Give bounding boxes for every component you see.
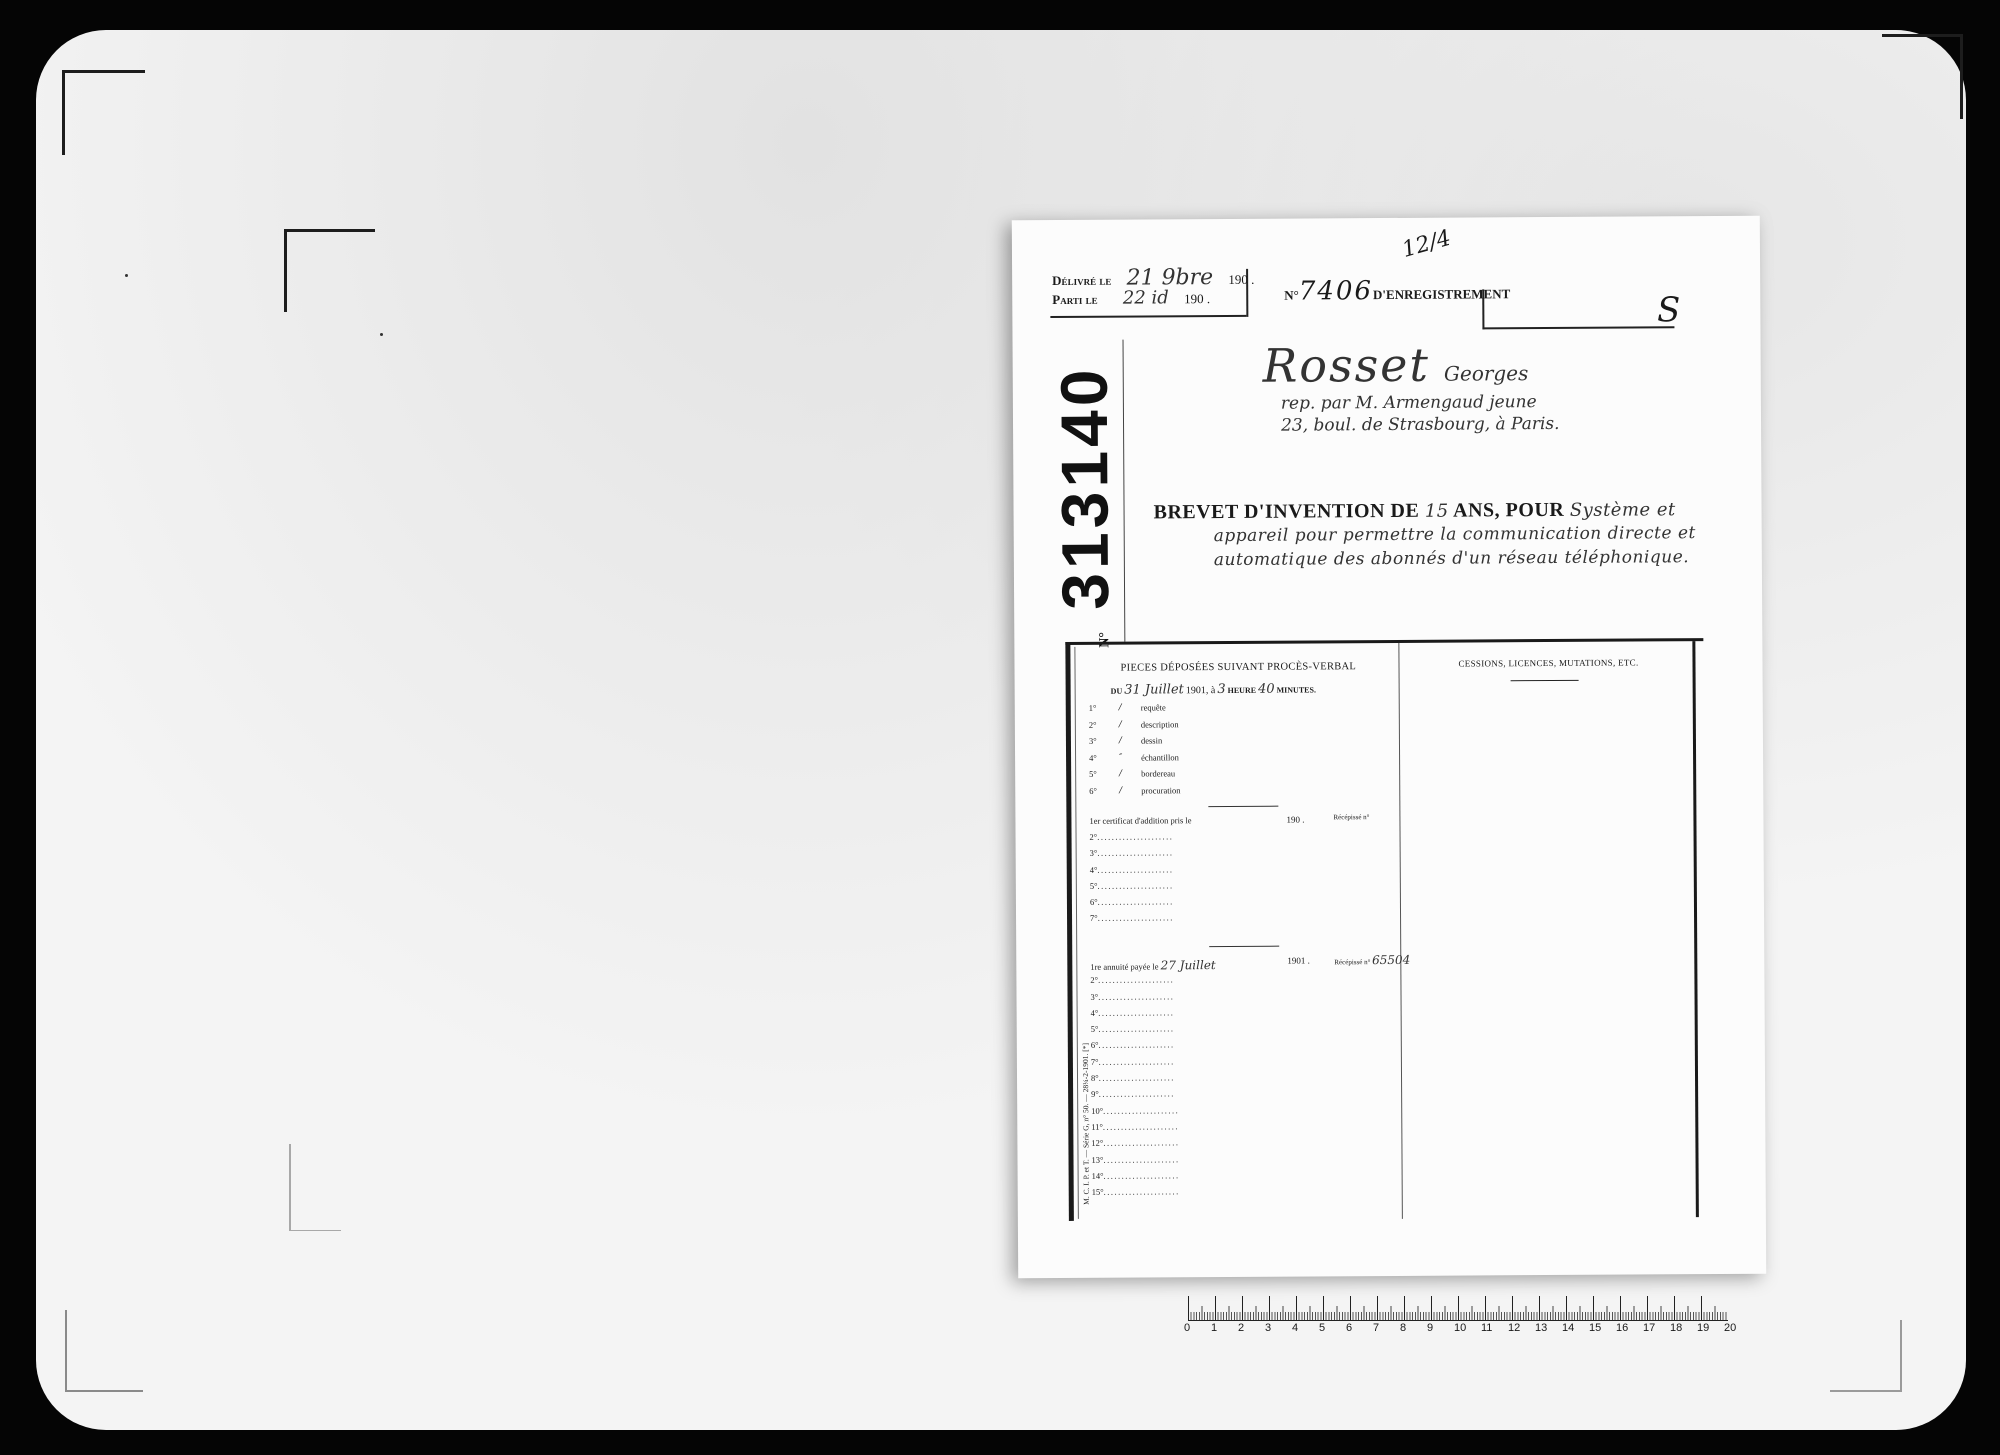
- row-num: 10°: [1091, 1105, 1103, 1115]
- row-dots: .....................: [1099, 1089, 1175, 1099]
- registration-prefix: N°: [1284, 288, 1299, 303]
- list-item: 2°.....................: [1090, 831, 1192, 848]
- list-item: 1°/requête: [1089, 702, 1180, 719]
- ruler-label: 13: [1535, 1322, 1547, 1334]
- parti-label: Parti le: [1052, 292, 1097, 307]
- heure-label: HEURE: [1228, 686, 1257, 695]
- row-num: 3°: [1090, 991, 1098, 1001]
- pieces-date-line: DU 31 Juillet 1901, à 3 HEURE 40 MINUTES…: [1111, 681, 1316, 697]
- row-num: 6°: [1090, 897, 1098, 907]
- row-dots: .....................: [1103, 1121, 1179, 1131]
- row-num: 4°: [1091, 1008, 1099, 1018]
- ruler-label: 20: [1724, 1322, 1736, 1334]
- du-label: DU: [1111, 687, 1123, 696]
- measurement-ruler: 01234567891011121314151617181920: [1188, 1296, 1730, 1334]
- deposit-date: 31 Juillet: [1124, 682, 1184, 697]
- row-dots: .....................: [1098, 1040, 1174, 1050]
- list-item: 4°.....................: [1090, 864, 1192, 881]
- list-item: 7°.....................: [1091, 1056, 1216, 1073]
- list-item: 3°/dessin: [1089, 735, 1180, 752]
- row-dots: .....................: [1103, 1154, 1179, 1164]
- row-dots: .....................: [1098, 896, 1174, 906]
- item-mark: /: [1119, 703, 1141, 720]
- row-num: 8°: [1091, 1073, 1099, 1083]
- list-item: 3°.....................: [1090, 991, 1215, 1008]
- crop-mark-top-right: [1882, 34, 1963, 119]
- brevet-duration: 15: [1425, 501, 1449, 522]
- list-item: 15°.....................: [1092, 1186, 1217, 1203]
- registration-number: N°7406D'ENREGISTREMENT: [1284, 275, 1510, 306]
- ruler-label: 15: [1589, 1322, 1601, 1334]
- annuity-receipt-label: Récépissé n°: [1334, 958, 1370, 966]
- cessions-rule: [1511, 680, 1579, 681]
- row-num: 2°: [1090, 832, 1098, 842]
- item-num: 6°: [1089, 785, 1119, 802]
- fraction-note: 12/4: [1400, 226, 1454, 263]
- row-num: 13°: [1091, 1154, 1103, 1164]
- ruler-label: 2: [1238, 1322, 1244, 1334]
- section-rule: [1209, 946, 1279, 947]
- item-mark: ″: [1119, 752, 1141, 769]
- list-item: 2°.....................: [1090, 974, 1215, 991]
- list-item: 4°.....................: [1091, 1007, 1216, 1024]
- item-label: procuration: [1141, 785, 1180, 802]
- patent-document-sheet: Délivré le 21 9bre 190 . Parti le 22 id …: [1012, 216, 1766, 1279]
- crop-mark-top-left: [62, 70, 145, 155]
- list-item: 9°.....................: [1091, 1088, 1216, 1105]
- minutes-label: MINUTES.: [1277, 685, 1316, 694]
- owner-block: RossetGeorges rep. par M. Armengaud jeun…: [1263, 337, 1560, 437]
- classification-box: S: [1482, 288, 1674, 329]
- row-dots: .....................: [1103, 1138, 1179, 1148]
- item-num: 2°: [1089, 719, 1119, 736]
- ruler-label: 0: [1184, 1322, 1190, 1334]
- list-item: 4°″échantillon: [1089, 752, 1180, 769]
- row-num: 15°: [1092, 1187, 1104, 1197]
- list-item: 3°.....................: [1090, 848, 1192, 865]
- list-item: 13°.....................: [1091, 1154, 1216, 1171]
- crop-mark-inner-bottom-left: [289, 1144, 341, 1231]
- pieces-list: 1°/requête 2°/description 3°/dessin 4°″é…: [1089, 702, 1181, 802]
- item-num: 5°: [1089, 769, 1119, 786]
- list-item: 8°.....................: [1091, 1072, 1216, 1089]
- ruler-label: 7: [1373, 1322, 1379, 1334]
- row-num: 5°: [1091, 1024, 1099, 1034]
- crop-mark-inner-top-left: [284, 229, 375, 312]
- item-label: dessin: [1141, 735, 1162, 752]
- ruler-label: 10: [1454, 1322, 1466, 1334]
- owner-surname: Rosset: [1263, 338, 1431, 393]
- annuity-first-label: 1re annuité payée le: [1090, 961, 1158, 971]
- item-mark: /: [1119, 736, 1141, 753]
- item-label: requête: [1141, 702, 1166, 719]
- delivre-label: Délivré le: [1052, 273, 1111, 288]
- form-inner-rule: [1074, 647, 1078, 1219]
- ruler-label: 17: [1643, 1322, 1655, 1334]
- annuity-first: 1re annuité payée le 27 Juillet: [1090, 958, 1215, 975]
- row-dots: .....................: [1098, 991, 1174, 1001]
- brevet-label: BREVET D'INVENTION DE: [1153, 500, 1419, 524]
- row-num: 7°: [1090, 913, 1098, 923]
- row-num: 11°: [1091, 1122, 1103, 1132]
- ruler-label: 6: [1346, 1322, 1352, 1334]
- row-num: 6°: [1091, 1040, 1099, 1050]
- row-dots: .....................: [1097, 832, 1173, 842]
- annuity-receipt: Récépissé n° 65504: [1334, 953, 1410, 967]
- list-item: 5°.....................: [1091, 1023, 1216, 1040]
- list-item: 6°.....................: [1090, 896, 1192, 913]
- patent-number: N° 313140: [1039, 345, 1131, 636]
- speck: [125, 274, 128, 277]
- parti-year: 190 .: [1184, 291, 1210, 306]
- row-dots: .....................: [1097, 848, 1173, 858]
- column-divider: [1398, 643, 1403, 1219]
- ruler-label: 5: [1319, 1322, 1325, 1334]
- form-right-border: [1692, 641, 1699, 1217]
- ruler-label: 12: [1508, 1322, 1520, 1334]
- row-dots: .....................: [1103, 1170, 1179, 1180]
- item-num: 1°: [1089, 703, 1119, 720]
- row-dots: .....................: [1098, 975, 1174, 985]
- classification-mark: S: [1657, 290, 1681, 330]
- item-num: 3°: [1089, 736, 1119, 753]
- register-form: PIECES DÉPOSÉES SUIVANT PROCÈS-VERBAL DU…: [1065, 638, 1707, 1221]
- item-label: échantillon: [1141, 752, 1179, 769]
- row-dots: .....................: [1099, 1072, 1175, 1082]
- ruler-label: 11: [1481, 1322, 1492, 1334]
- ruler-label: 18: [1670, 1322, 1682, 1334]
- crop-mark-bottom-right: [1830, 1320, 1902, 1392]
- annuity-year: 1901 .: [1287, 955, 1310, 965]
- list-item: 5°.....................: [1090, 880, 1192, 897]
- certificate-year: 190 .: [1286, 815, 1304, 825]
- annuities-list: 1re annuité payée le 27 Juillet 2°......…: [1090, 958, 1217, 1203]
- item-mark: /: [1119, 785, 1141, 802]
- item-label: description: [1141, 719, 1179, 736]
- item-num: 4°: [1089, 752, 1119, 769]
- row-num: 14°: [1092, 1171, 1104, 1181]
- row-num: 12°: [1091, 1138, 1103, 1148]
- dates-block: Délivré le 21 9bre 190 . Parti le 22 id …: [1052, 269, 1255, 309]
- list-item: 6°/procuration: [1089, 785, 1180, 802]
- certificate-receipt-label: Récépissé n°: [1333, 813, 1369, 821]
- list-item: 5°/bordereau: [1089, 768, 1180, 785]
- row-num: 5°: [1090, 881, 1098, 891]
- invention-title: appareil pour permettre la communication…: [1214, 521, 1714, 572]
- annuity-first-date: 27 Juillet: [1161, 958, 1216, 972]
- ruler-label: 14: [1562, 1322, 1574, 1334]
- ruler-label: 19: [1697, 1322, 1709, 1334]
- list-item: 2°/description: [1089, 719, 1180, 736]
- brevet-label-end: ANS, POUR: [1453, 499, 1564, 522]
- list-item: 14°.....................: [1092, 1170, 1217, 1187]
- ruler-label: 8: [1400, 1322, 1406, 1334]
- brevet-title: BREVET D'INVENTION DE 15 ANS, POUR Systè…: [1153, 498, 1713, 572]
- speck: [380, 333, 383, 336]
- deposit-year: 1901, à: [1186, 685, 1216, 696]
- row-dots: .....................: [1097, 880, 1173, 890]
- row-dots: .....................: [1097, 864, 1173, 874]
- ruler-ticks: [1188, 1296, 1728, 1321]
- section-rule: [1208, 806, 1278, 807]
- pieces-title: PIECES DÉPOSÉES SUIVANT PROCÈS-VERBAL: [1120, 661, 1356, 673]
- row-num: 3°: [1090, 848, 1098, 858]
- parti-value: 22 id: [1123, 287, 1169, 308]
- row-dots: .....................: [1099, 1056, 1175, 1066]
- row-num: 2°: [1090, 975, 1098, 985]
- delivre-year: 190 .: [1228, 272, 1254, 287]
- ruler-label: 16: [1616, 1322, 1628, 1334]
- list-item: 11°.....................: [1091, 1121, 1216, 1138]
- row-dots: .....................: [1098, 912, 1174, 922]
- registration-value: 7406: [1299, 276, 1373, 306]
- list-item: 10°.....................: [1091, 1105, 1216, 1122]
- annuity-receipt-value: 65504: [1372, 953, 1410, 967]
- deposit-hour: 3: [1217, 682, 1225, 697]
- dates-rule: [1246, 269, 1248, 317]
- crop-mark-bottom-left: [65, 1310, 143, 1392]
- cessions-title: CESSIONS, LICENCES, MUTATIONS, ETC.: [1408, 657, 1688, 669]
- ruler-label: 1: [1211, 1322, 1217, 1334]
- row-dots: .....................: [1098, 1007, 1174, 1017]
- row-dots: .....................: [1098, 1024, 1174, 1034]
- ruler-label: 3: [1265, 1322, 1271, 1334]
- certificates-list: 1er certificat d'addition pris le 2°....…: [1089, 815, 1192, 929]
- invention-title-start: Système et: [1570, 499, 1676, 521]
- row-num: 4°: [1090, 864, 1098, 874]
- item-mark: /: [1119, 769, 1141, 786]
- row-num: 9°: [1091, 1089, 1099, 1099]
- list-item: 12°.....................: [1091, 1137, 1216, 1154]
- patent-number-value: 313140: [1047, 365, 1122, 610]
- ruler-label: 9: [1427, 1322, 1433, 1334]
- deposit-minutes: 40: [1258, 682, 1275, 697]
- certificate-first: 1er certificat d'addition pris le: [1089, 815, 1191, 832]
- dates-underline: [1050, 315, 1246, 318]
- item-mark: /: [1119, 719, 1141, 736]
- ruler-label: 4: [1292, 1322, 1298, 1334]
- row-dots: .....................: [1104, 1186, 1180, 1196]
- owner-firstname: Georges: [1444, 361, 1528, 386]
- printer-imprint: M. C. I. P. et T. — Série G, n° 50. — 28…: [1080, 965, 1090, 1205]
- row-num: 7°: [1091, 1057, 1099, 1067]
- row-dots: .....................: [1103, 1105, 1179, 1115]
- item-label: bordereau: [1141, 768, 1175, 785]
- list-item: 6°.....................: [1091, 1040, 1216, 1057]
- owner-representative: rep. par M. Armengaud jeune: [1281, 391, 1560, 415]
- list-item: 7°.....................: [1090, 912, 1192, 929]
- owner-address: 23, boul. de Strasbourg, à Paris.: [1281, 413, 1560, 437]
